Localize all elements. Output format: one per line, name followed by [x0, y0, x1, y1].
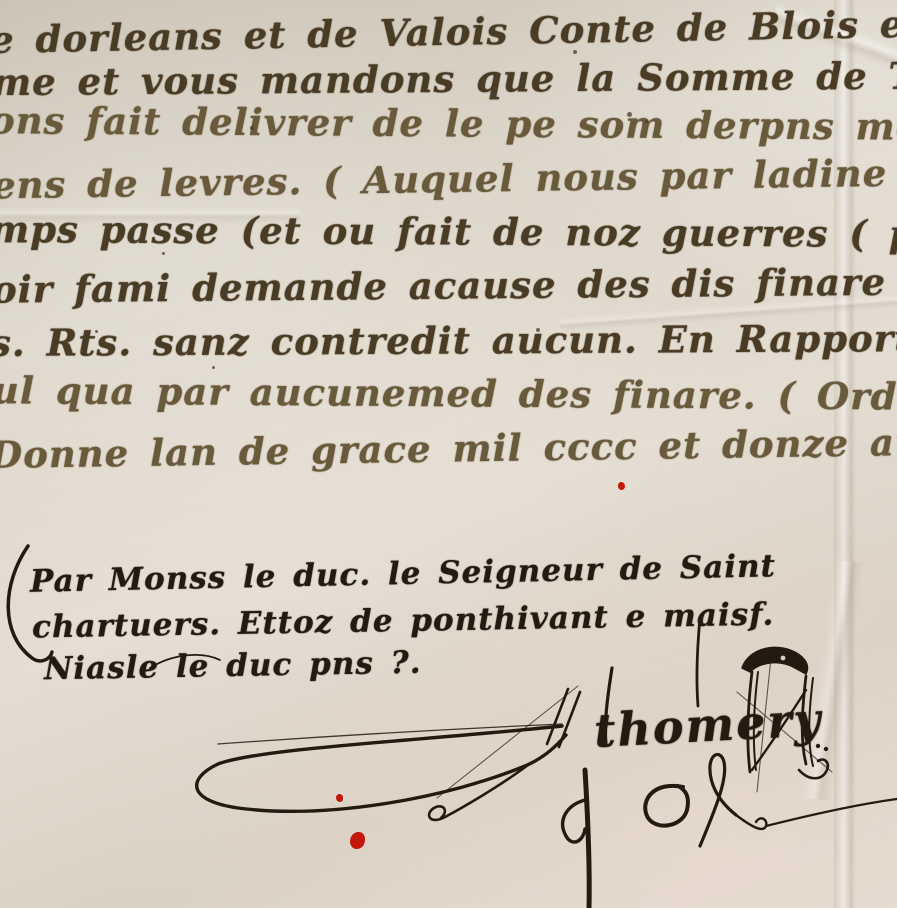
manuscript-text-line: oir fami demande acause des dis finare e… — [0, 258, 897, 311]
clerk-signature: thomery — [593, 692, 824, 758]
manuscript-text-line: Donne lan de grace mil cccc et donze au … — [0, 419, 897, 477]
slash-stroke — [559, 692, 580, 747]
ink-speck — [162, 252, 165, 255]
paraph-foot-stroke — [799, 760, 828, 779]
paraph-dot — [824, 747, 828, 751]
ink-speck — [536, 328, 540, 332]
descender-hook-stroke — [563, 800, 585, 842]
descender-stroke — [585, 770, 589, 908]
manuscript-text-line: mps passe (et ou fait de noz guerres ( p… — [0, 207, 897, 257]
tail-line-stroke — [766, 799, 897, 826]
red-wax-drop-small — [336, 794, 343, 802]
manuscript-photo: e dorleans et de Valois Conte de Blois e… — [0, 0, 897, 908]
ink-speck — [250, 126, 254, 130]
bird-eye-dot — [781, 656, 786, 661]
manuscript-text-line: ul qua par aucunemed des finare. ( Ordon… — [0, 368, 897, 420]
docket-note-line: chartuers. Ettoz de ponthivant e maisf. — [32, 597, 775, 646]
ink-speck — [627, 112, 632, 117]
hairline-stroke — [218, 724, 562, 744]
loop-flourish-stroke — [197, 726, 566, 811]
tail-loop-stroke — [736, 815, 766, 829]
hairline-stroke — [437, 686, 578, 798]
manuscript-text-line: me et vous mandons que la Somme de Trois… — [0, 52, 897, 104]
bird-head-stroke — [742, 647, 808, 674]
red-wax-drop-small — [618, 482, 625, 490]
ink-speck — [645, 120, 648, 123]
l-flourish-stroke — [700, 754, 736, 846]
ink-speck — [573, 50, 577, 54]
manuscript-text-line: e dorleans et de Valois Conte de Blois e… — [0, 0, 897, 62]
manuscript-text-line: ens de levres. ( Auquel nous par ladine … — [0, 149, 897, 208]
docket-note-line: Par Monss le duc. le Seigneur de Saint — [30, 548, 777, 600]
red-wax-drop-large — [350, 832, 365, 849]
ink-speck — [95, 330, 98, 333]
manuscript-text-line: ons fait delivrer de le pe som derpns mo… — [0, 98, 897, 150]
ink-speck — [212, 366, 215, 369]
slash-stroke — [547, 689, 568, 744]
o-loop-stroke — [645, 786, 688, 826]
fold-crease-bottom-right — [784, 557, 877, 803]
manuscript-text-line: s. Rts. sanz contredit aucun. En Rapport… — [0, 315, 897, 365]
loop-curl-stroke — [429, 765, 528, 820]
docket-note-line: Niasle le duc pns ?. — [44, 645, 422, 688]
